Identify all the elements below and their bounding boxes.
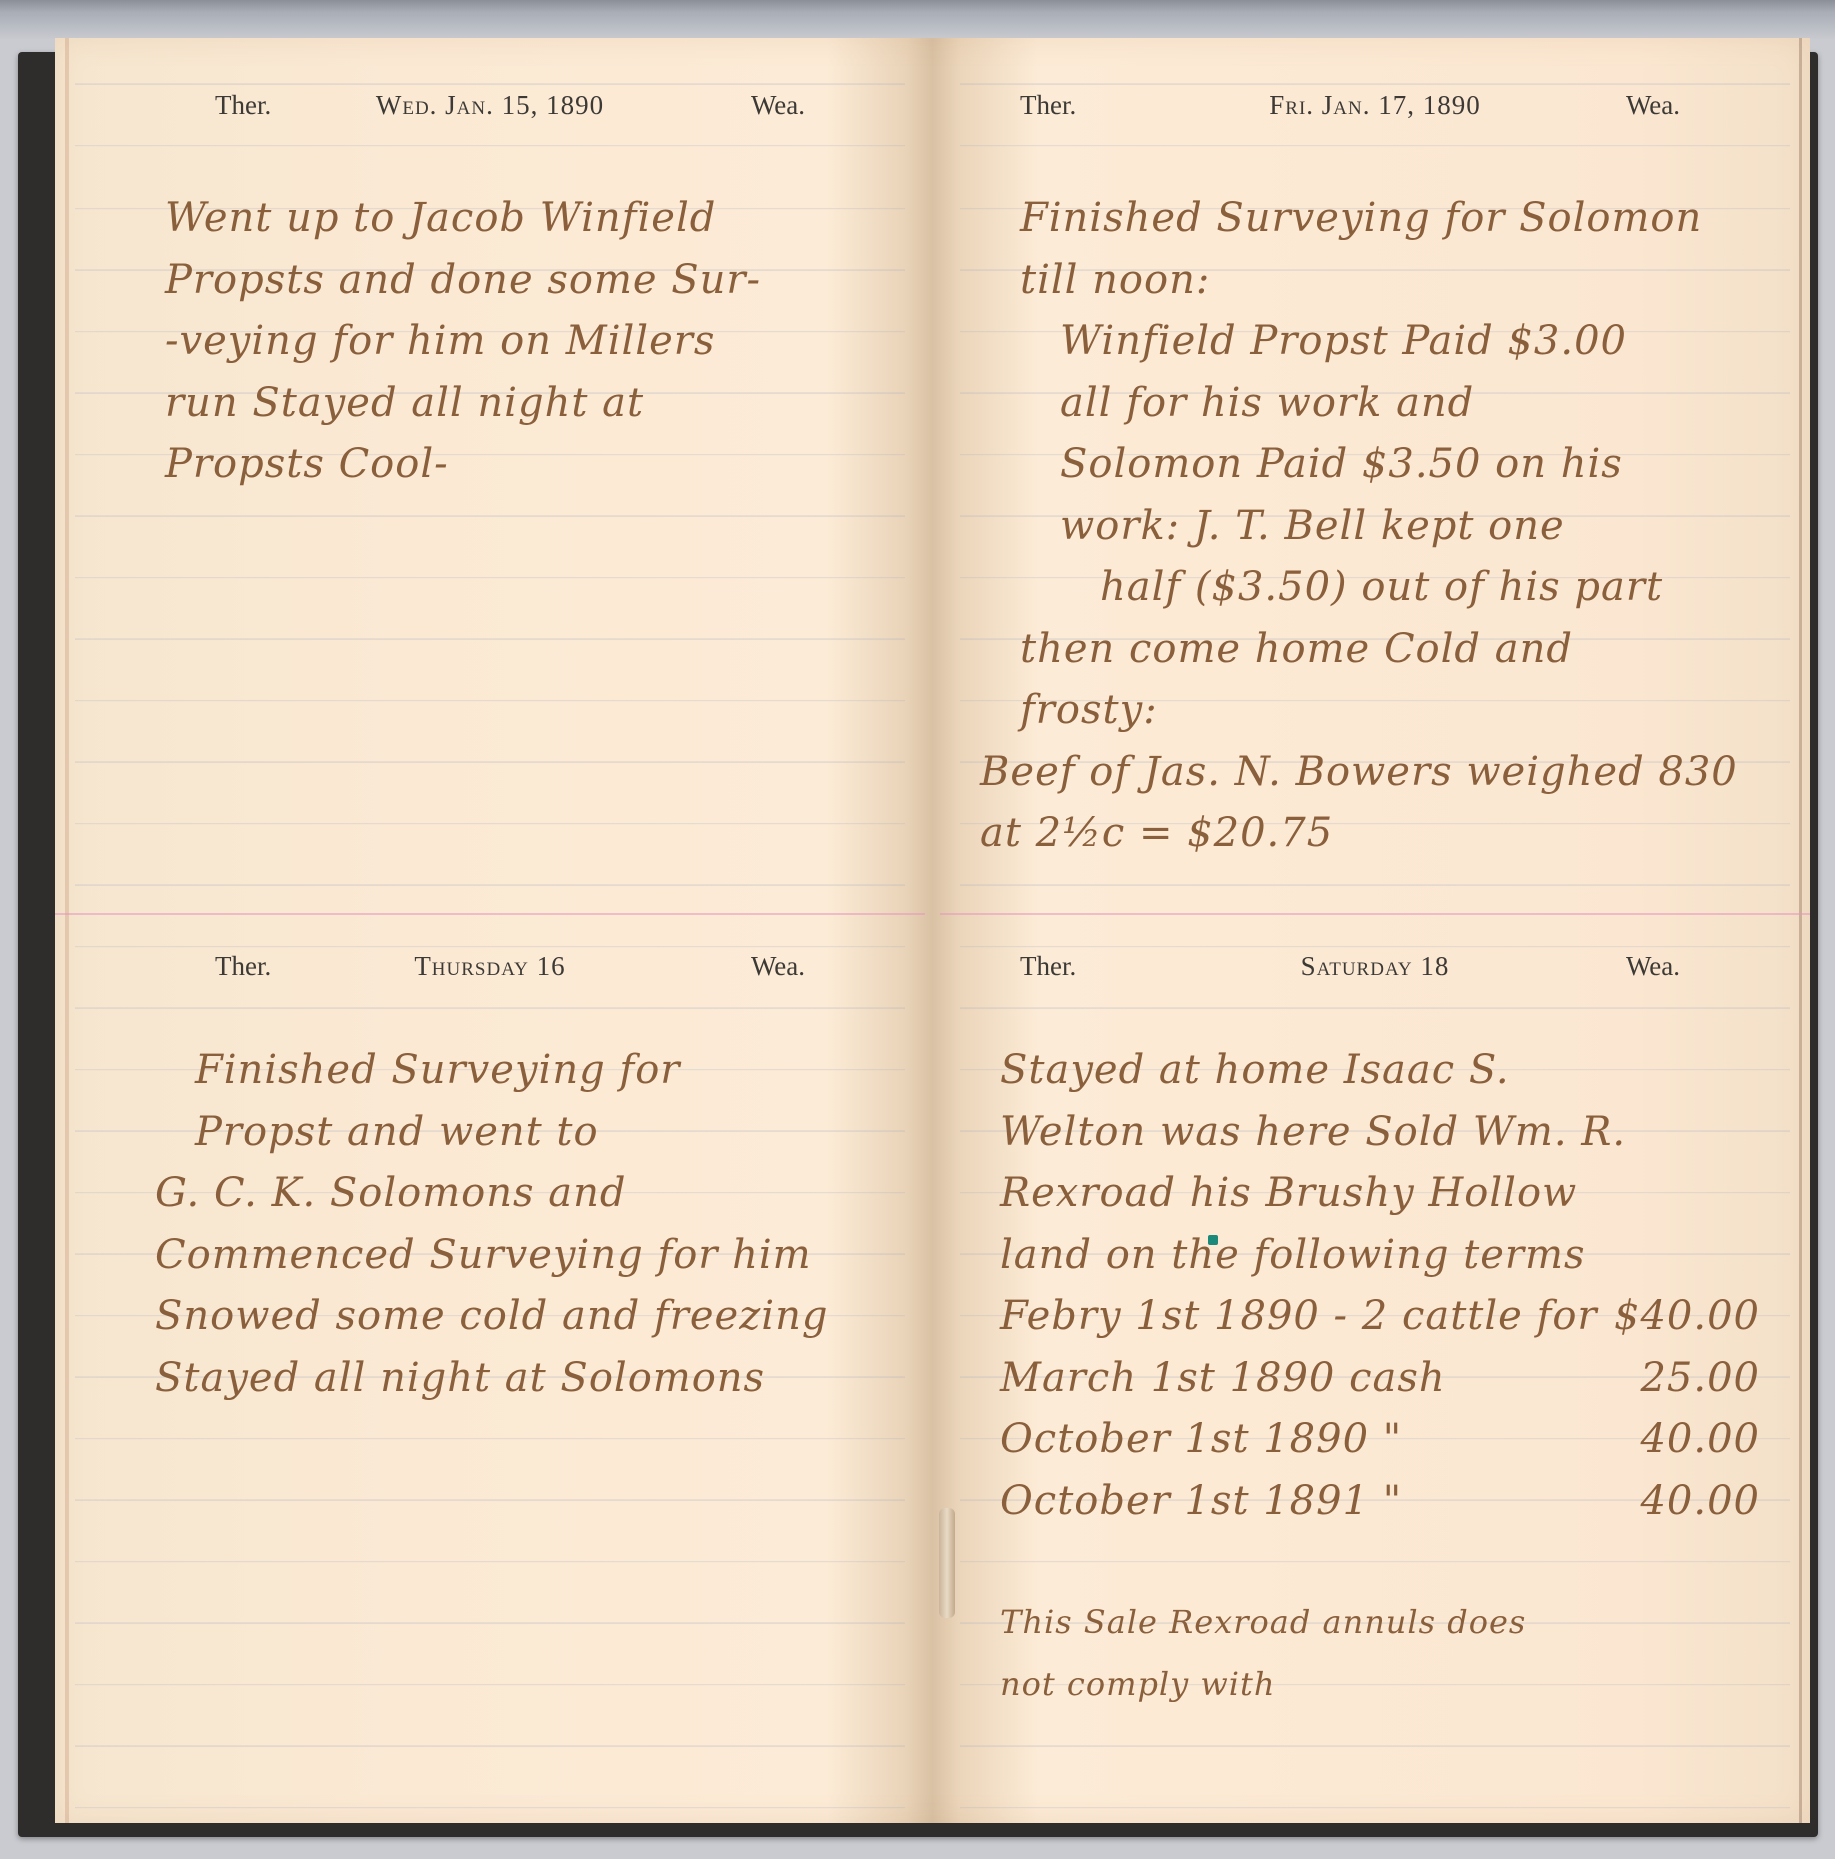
text-line: not comply with [1000, 1654, 1770, 1716]
text-line: Rexroad his Brushy Hollow [1000, 1163, 1770, 1225]
payment-term-row: October 1st 1891 " 40.00 [1000, 1471, 1770, 1533]
open-diary: Ther. Wed. Jan. 15, 1890 Wea. Went up to… [55, 38, 1810, 1823]
text-line: Stayed all night at Solomons [155, 1348, 875, 1410]
text-line: land on the following terms [1000, 1225, 1770, 1287]
entry-header: Ther. Thursday 16 Wea. [55, 951, 925, 991]
handwritten-text: Finished Surveying for Solomon till noon… [1020, 188, 1770, 865]
weather-label: Wea. [751, 951, 805, 982]
right-page: Ther. Fri. Jan. 17, 1890 Wea. Finished S… [940, 38, 1810, 1823]
payment-amount: $40.00 [1614, 1286, 1760, 1348]
text-line: Stayed at home Isaac S. [1000, 1040, 1770, 1102]
text-line: Went up to Jacob Winfield [165, 188, 875, 250]
text-line: Beef of Jas. N. Bowers weighed 830 [980, 742, 1770, 804]
handwritten-text: Finished Surveying for Propst and went t… [195, 1040, 875, 1409]
text-line: at 2½c = $20.75 [980, 803, 1770, 865]
text-line: Propst and went to [195, 1102, 875, 1164]
entry-header: Ther. Saturday 18 Wea. [940, 951, 1810, 991]
handwritten-text: Went up to Jacob Winfield Propsts and do… [165, 188, 875, 496]
payment-date: March 1st 1890 cash [1000, 1348, 1446, 1410]
handwritten-text: Stayed at home Isaac S. Welton was here … [1000, 1040, 1770, 1715]
text-line: Commenced Surveying for him [155, 1225, 875, 1287]
payment-term-row: October 1st 1890 " 40.00 [1000, 1409, 1770, 1471]
weather-label: Wea. [751, 90, 805, 121]
payment-date: October 1st 1891 " [1000, 1471, 1402, 1533]
entry-header: Ther. Wed. Jan. 15, 1890 Wea. [55, 90, 925, 130]
text-line: all for his work and [1020, 373, 1770, 435]
text-line: Finished Surveying for [195, 1040, 875, 1102]
text-line: This Sale Rexroad annuls does [1000, 1592, 1770, 1654]
payment-amount: 25.00 [1640, 1348, 1760, 1410]
payment-date: Febry 1st 1890 - 2 cattle for [1000, 1286, 1598, 1348]
text-line: Propsts and done some Sur- [165, 250, 875, 312]
diary-entry-jan-18: Ther. Saturday 18 Wea. Stayed at home Is… [940, 915, 1810, 1815]
diary-entry-jan-15: Ther. Wed. Jan. 15, 1890 Wea. Went up to… [55, 38, 925, 913]
diary-entry-jan-17: Ther. Fri. Jan. 17, 1890 Wea. Finished S… [940, 38, 1810, 913]
text-line: then come home Cold and [1020, 619, 1770, 681]
text-line: Propsts Cool- [165, 434, 875, 496]
weather-label: Wea. [1626, 90, 1680, 121]
text-line: Snowed some cold and freezing [155, 1286, 875, 1348]
text-line: half ($3.50) out of his part [1020, 557, 1770, 619]
payment-term-row: Febry 1st 1890 - 2 cattle for $40.00 [1000, 1286, 1770, 1348]
annotation-note: This Sale Rexroad annuls does not comply… [1000, 1592, 1770, 1715]
text-line: -veying for him on Millers [165, 311, 875, 373]
text-line: Welton was here Sold Wm. R. [1000, 1102, 1770, 1164]
entry-header: Ther. Fri. Jan. 17, 1890 Wea. [940, 90, 1810, 130]
text-line: Solomon Paid $3.50 on his [1020, 434, 1770, 496]
diary-entry-jan-16: Ther. Thursday 16 Wea. Finished Surveyin… [55, 915, 925, 1815]
ink-stain [1208, 1235, 1218, 1245]
text-line: run Stayed all night at [165, 373, 875, 435]
text-line: till noon: [1020, 250, 1770, 312]
text-line: work: J. T. Bell kept one [1020, 496, 1770, 558]
payment-amount: 40.00 [1640, 1471, 1760, 1533]
text-line: Finished Surveying for Solomon [1020, 188, 1770, 250]
left-page: Ther. Wed. Jan. 15, 1890 Wea. Went up to… [55, 38, 925, 1823]
payment-date: October 1st 1890 " [1000, 1409, 1402, 1471]
payment-amount: 40.00 [1640, 1409, 1760, 1471]
text-line: Winfield Propst Paid $3.00 [1020, 311, 1770, 373]
text-line: G. C. K. Solomons and [155, 1163, 875, 1225]
payment-term-row: March 1st 1890 cash 25.00 [1000, 1348, 1770, 1410]
weather-label: Wea. [1626, 951, 1680, 982]
text-line: frosty: [1020, 680, 1770, 742]
